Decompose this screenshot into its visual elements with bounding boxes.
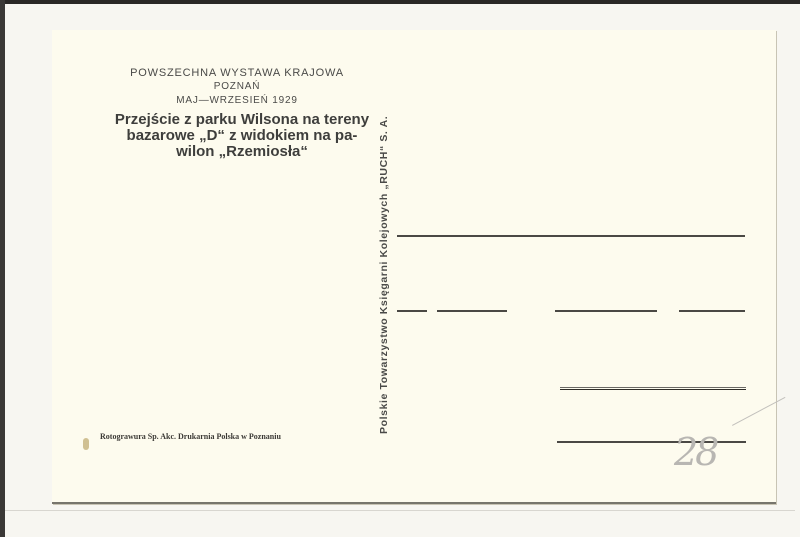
scan-edge-left xyxy=(0,0,5,537)
postcard-caption: Przejście z parku Wilsona na tereny baza… xyxy=(94,112,390,160)
scan-edge-top xyxy=(0,0,800,4)
header-exhibition-title: POWSZECHNA WYSTAWA KRAJOWA xyxy=(92,66,382,80)
publisher-vertical-text: Polskie Towarzystwo Księgarni Kolejowych… xyxy=(378,116,390,434)
pencil-stroke xyxy=(732,397,785,426)
address-line-3 xyxy=(560,387,746,390)
caption-line-3: wilon „Rzemiosła“ xyxy=(94,144,390,160)
caption-line-2: bazarowe „D“ z widokiem na pa- xyxy=(94,128,390,144)
header-dates: MAJ—WRZESIEŃ 1929 xyxy=(92,94,382,108)
header-city: POZNAŃ xyxy=(92,80,382,94)
address-line-1 xyxy=(397,235,745,237)
caption-line-1: Przejście z parku Wilsona na tereny xyxy=(94,112,390,128)
printer-credit: Rotograwura Sp. Akc. Drukarnia Polska w … xyxy=(100,432,281,441)
exhibition-header: POWSZECHNA WYSTAWA KRAJOWA POZNAŃ MAJ—WR… xyxy=(92,66,382,108)
address-line-2 xyxy=(397,310,745,312)
pencil-note: 28 xyxy=(674,430,716,474)
address-line-4 xyxy=(557,441,746,443)
postcard-back: POWSZECHNA WYSTAWA KRAJOWA POZNAŃ MAJ—WR… xyxy=(52,30,776,504)
stain-mark xyxy=(83,438,89,450)
scan-bottom-rule xyxy=(5,510,795,511)
